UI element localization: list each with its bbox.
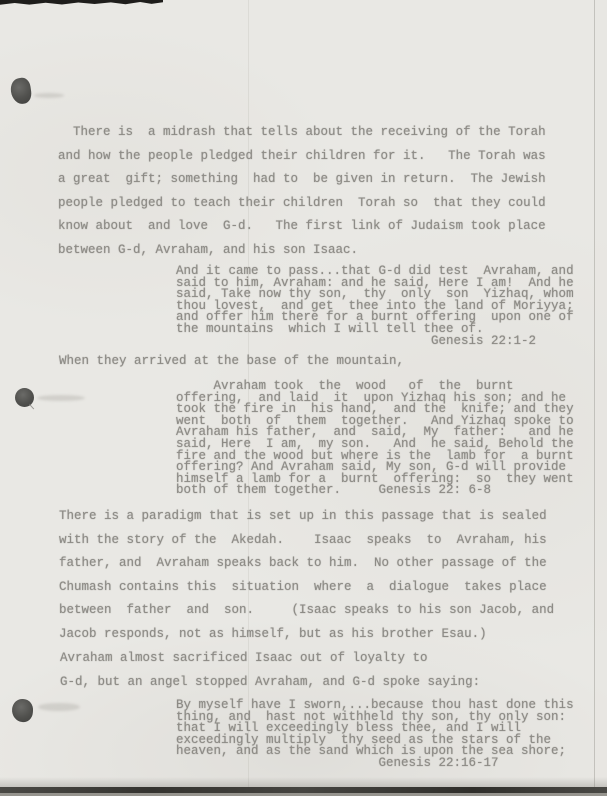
pen-tick-mark <box>29 404 34 410</box>
scan-smudge <box>37 395 85 401</box>
angel-line: G-d, but an angel stopped Avraham, and G… <box>60 671 480 695</box>
scanned-document-page: There is a midrash that tells about the … <box>0 0 607 796</box>
hole-punch-bottom <box>11 698 34 723</box>
scripture-quote-genesis-22-6-8: Avraham took the wood of the burnt offer… <box>176 381 574 497</box>
transition-line: When they arrived at the base of the mou… <box>59 350 404 374</box>
loyalty-line: Avraham almost sacrificed Isaac out of l… <box>60 647 428 671</box>
hole-punch-middle <box>15 388 34 407</box>
scripture-quote-genesis-22-16-17: By myself have I sworn,...because thou h… <box>176 700 574 770</box>
scan-smudge <box>38 703 80 711</box>
hole-punch-top <box>9 77 32 106</box>
intro-paragraph: There is a midrash that tells about the … <box>58 121 546 262</box>
scripture-quote-genesis-22-1-2: And it came to pass...that G-d did test … <box>176 266 574 347</box>
scanner-edge-strip <box>0 0 163 5</box>
scan-smudge <box>34 93 64 98</box>
paper-right-margin <box>595 0 607 796</box>
bottom-scan-shadow <box>0 777 607 787</box>
paper-right-edge-line <box>594 0 595 796</box>
paradigm-paragraph: There is a paradigm that is set up in th… <box>59 505 554 646</box>
